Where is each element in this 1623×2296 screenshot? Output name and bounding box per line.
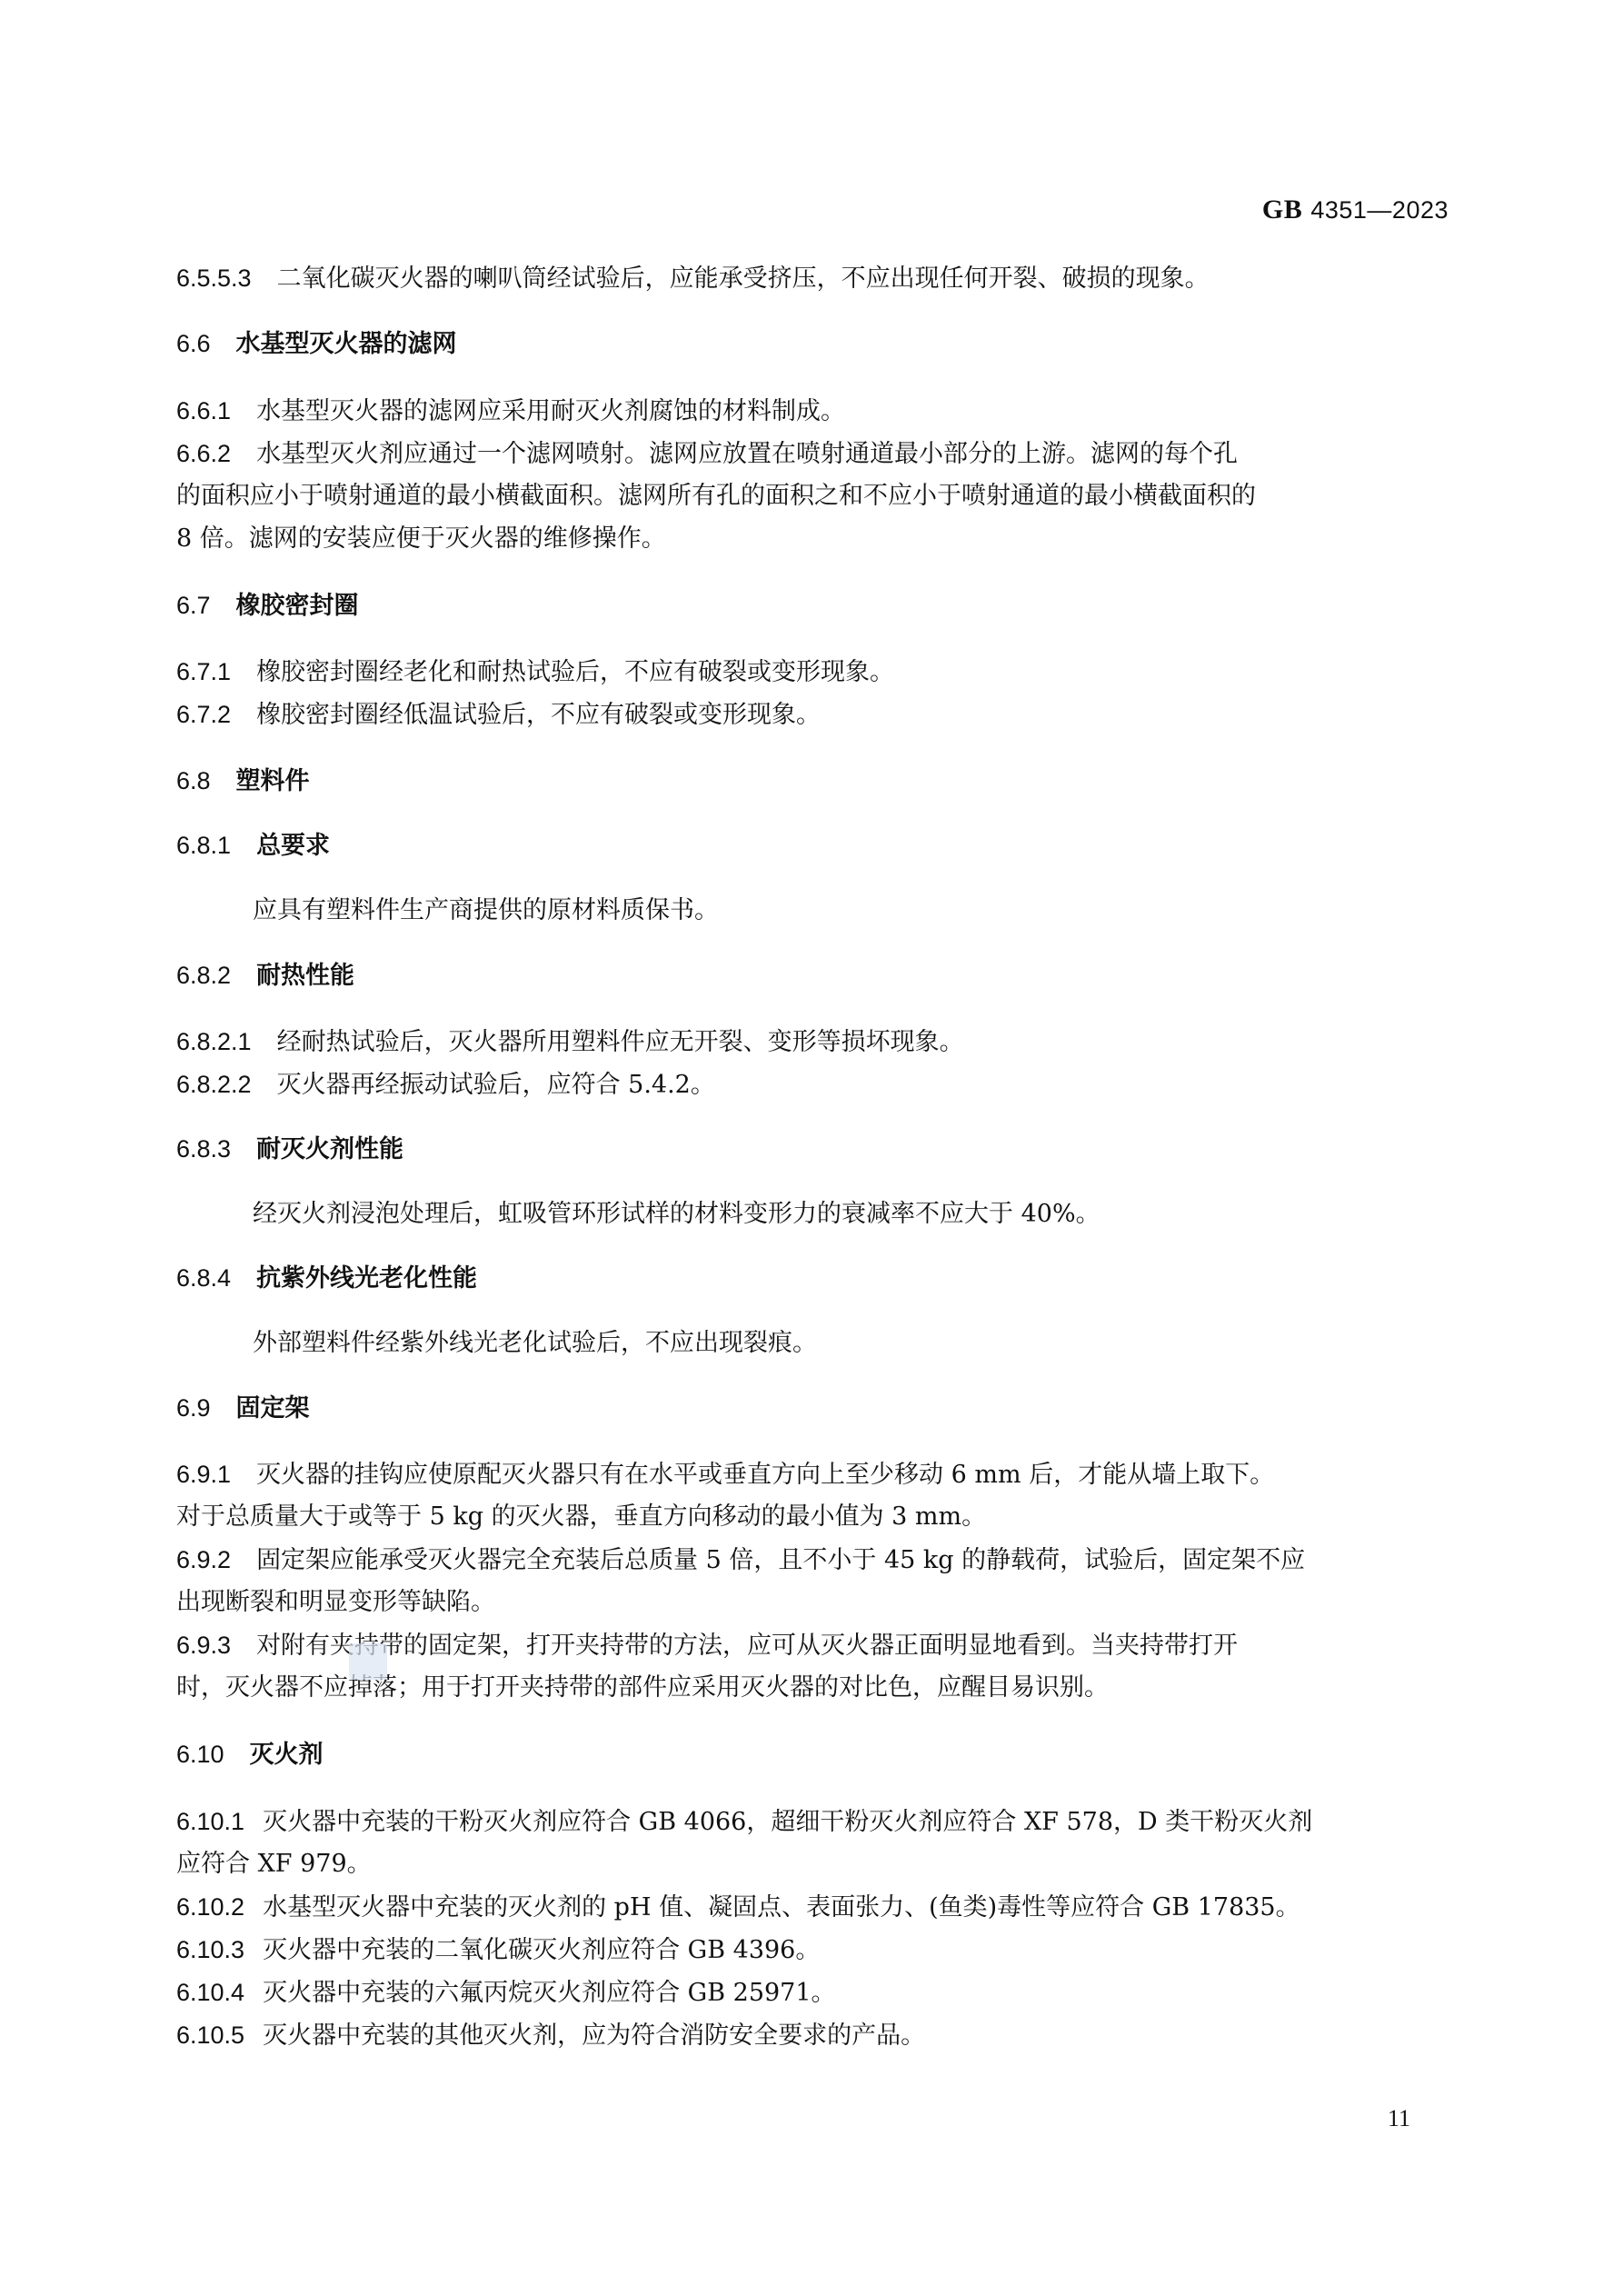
clause-6-10-2: 6.10.2水基型灭火器中充装的灭火剂的 pH 值、凝固点、表面张力、(鱼类)毒…	[176, 1889, 1300, 1926]
page-number: 11	[1388, 2105, 1410, 2132]
standard-prefix: GB	[1262, 195, 1302, 225]
section-heading-6-8-1: 6.8.1总要求	[176, 827, 330, 864]
clause-6-10-4: 6.10.4灭火器中充装的六氟丙烷灭火剂应符合 GB 25971。	[176, 1974, 836, 2011]
clause-6-6-2-cont-1: 的面积应小于喷射通道的最小横截面积。滤网所有孔的面积之和不应小于喷射通道的最小横…	[176, 478, 1256, 514]
section-heading-6-9: 6.9固定架	[176, 1390, 310, 1427]
clause-6-10-3: 6.10.3灭火器中充装的二氧化碳灭火剂应符合 GB 4396。	[176, 1932, 820, 1969]
section-heading-6-6: 6.6水基型灭火器的滤网	[176, 325, 457, 363]
clause-6-9-1-cont: 对于总质量大于或等于 5 kg 的灭火器，垂直方向移动的最小值为 3 mm。	[176, 1499, 986, 1535]
clause-6-10-5: 6.10.5灭火器中充装的其他灭火剂，应为符合消防安全要求的产品。	[176, 2017, 925, 2054]
section-heading-6-8-4: 6.8.4抗紫外线光老化性能	[176, 1260, 477, 1297]
clause-6-9-2-cont: 出现断裂和明显变形等缺陷。	[176, 1584, 495, 1621]
section-heading-6-8: 6.8塑料件	[176, 763, 310, 800]
watermark-mark	[349, 1643, 387, 1680]
section-heading-6-8-2: 6.8.2耐热性能	[176, 957, 354, 994]
clause-6-7-2: 6.7.2橡胶密封圈经低温试验后，不应有破裂或变形现象。	[176, 696, 821, 734]
standard-number: 4351—2023	[1310, 196, 1449, 224]
section-heading-6-7: 6.7橡胶密封圈	[176, 587, 359, 624]
clause-6-9-3: 6.9.3对附有夹持带的固定架，打开夹持带的方法，应可从灭火器正面明显地看到。当…	[176, 1627, 1238, 1664]
clause-6-8-2-2: 6.8.2.2灭火器再经振动试验后，应符合 5.4.2。	[176, 1066, 715, 1103]
clause-6-10-1: 6.10.1灭火器中充装的干粉灭火剂应符合 GB 4066，超细干粉灭火剂应符合…	[176, 1803, 1312, 1841]
paragraph-6-8-1: 应具有塑料件生产商提供的原材料质保书。	[253, 893, 719, 929]
clause-6-9-3-cont: 时，灭火器不应掉落；用于打开夹持带的部件应采用灭火器的对比色，应醒目易识别。	[176, 1670, 1109, 1706]
clause-6-5-5-3: 6.5.5.3二氧化碳灭火器的喇叭筒经试验后，应能承受挤压，不应出现任何开裂、破…	[176, 260, 1210, 297]
clause-6-9-1: 6.9.1灭火器的挂钩应使原配灭火器只有在水平或垂直方向上至少移动 6 mm 后…	[176, 1456, 1274, 1493]
clause-6-6-1: 6.6.1水基型灭火器的滤网应采用耐灭火剂腐蚀的材料制成。	[176, 393, 845, 430]
paragraph-6-8-4: 外部塑料件经紫外线光老化试验后，不应出现裂痕。	[253, 1325, 817, 1362]
section-heading-6-10: 6.10灭火剂	[176, 1736, 324, 1773]
clause-6-9-2: 6.9.2固定架应能承受灭火器完全充装后总质量 5 倍，且不小于 45 kg 的…	[176, 1542, 1305, 1579]
paragraph-6-8-3: 经灭火剂浸泡处理后，虹吸管环形试样的材料变形力的衰减率不应大于 40%。	[253, 1196, 1100, 1233]
clause-6-8-2-1: 6.8.2.1经耐热试验后，灭火器所用塑料件应无开裂、变形等损坏现象。	[176, 1023, 964, 1061]
clause-6-6-2-cont-2: 8 倍。滤网的安装应便于灭火器的维修操作。	[176, 521, 666, 557]
clause-6-6-2: 6.6.2水基型灭火剂应通过一个滤网喷射。滤网应放置在喷射通道最小部分的上游。滤…	[176, 435, 1238, 473]
clause-6-7-1: 6.7.1橡胶密封圈经老化和耐热试验后，不应有破裂或变形现象。	[176, 654, 894, 691]
standard-code-header: GB 4351—2023	[1262, 195, 1449, 225]
section-heading-6-8-3: 6.8.3耐灭火剂性能	[176, 1131, 403, 1168]
clause-6-10-1-cont: 应符合 XF 979。	[176, 1846, 372, 1882]
